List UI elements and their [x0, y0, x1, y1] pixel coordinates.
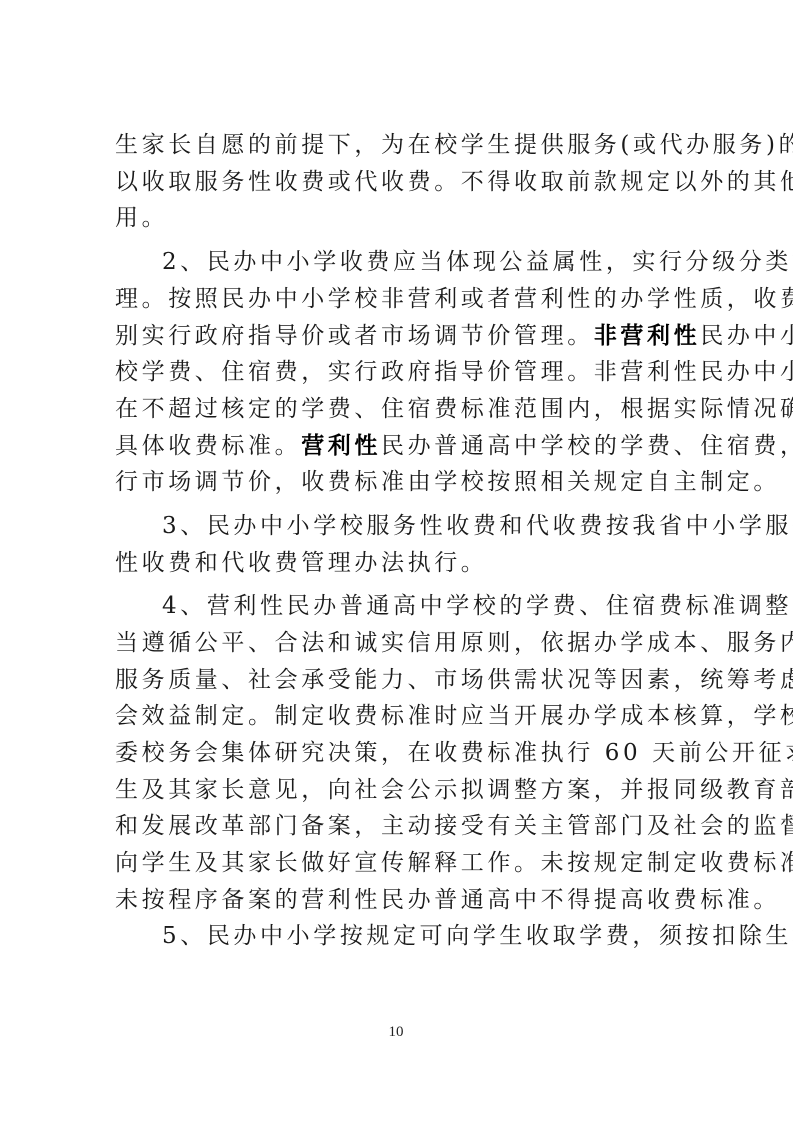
line-text: 别实行政府指导价或者市场调节价管理。 [115, 323, 594, 349]
line-text: 生家长自愿的前提下，为在校学生提供服务(或代办服务)的可 [115, 132, 793, 158]
text-line: 在不超过核定的学费、住宿费标准范围内，根据实际情况确定 [115, 394, 685, 424]
text-line: 向学生及其家长做好宣传解释工作。未按规定制定收费标准、 [115, 848, 685, 878]
line-text: 校学费、住宿费，实行政府指导价管理。非营利性民办中小学 [115, 359, 793, 385]
text-line: 具体收费标准。营利性民办普通高中学校的学费、住宿费，实 [115, 431, 685, 461]
paragraph-4-start: 4、营利性民办普通高中学校的学费、住宿费标准调整应 [162, 591, 732, 621]
text-line: 理。按照民办中小学校非营利或者营利性的办学性质，收费分 [115, 284, 685, 314]
line-text: 具体收费标准。 [115, 433, 301, 459]
line-text: 4、营利性民办普通高中学校的学费、住宿费标准调整应 [162, 593, 793, 619]
line-text: 2、民办中小学收费应当体现公益属性，实行分级分类管 [162, 249, 793, 275]
line-text: 3、民办中小学校服务性收费和代收费按我省中小学服务 [162, 513, 793, 539]
line-text: 会效益制定。制定收费标准时应当开展办学成本核算，学校党 [115, 703, 793, 729]
line-text: 和发展改革部门备案，主动接受有关主管部门及社会的监督， [115, 813, 793, 839]
text-line: 别实行政府指导价或者市场调节价管理。非营利性民办中小学 [115, 321, 685, 351]
paragraph-3-start: 3、民办中小学校服务性收费和代收费按我省中小学服务 [162, 511, 732, 541]
text-line: 用。 [115, 203, 685, 233]
line-text: 行市场调节价，收费标准由学校按照相关规定自主制定。 [115, 469, 780, 495]
line-text: 委校务会集体研究决策，在收费标准执行 60 天前公开征求学 [115, 740, 793, 766]
line-text: 未按程序备案的营利性民办普通高中不得提高收费标准。 [115, 887, 780, 913]
line-text: 当遵循公平、合法和诚实信用原则，依据办学成本、服务内容、 [115, 630, 793, 656]
document-page: 生家长自愿的前提下，为在校学生提供服务(或代办服务)的可 以收取服务性收费或代收… [0, 0, 793, 1122]
bold-term-forprofit: 营利性 [301, 433, 381, 459]
text-line: 校学费、住宿费，实行政府指导价管理。非营利性民办中小学 [115, 357, 685, 387]
bold-term-nonprofit: 非营利性 [594, 323, 700, 349]
line-text: 向学生及其家长做好宣传解释工作。未按规定制定收费标准、 [115, 850, 793, 876]
page-number: 10 [376, 1024, 416, 1041]
line-text: 以收取服务性收费或代收费。不得收取前款规定以外的其他费 [115, 169, 793, 195]
line-text: 民办中小学 [700, 323, 793, 349]
text-line: 委校务会集体研究决策，在收费标准执行 60 天前公开征求学 [115, 738, 685, 768]
text-line: 生及其家长意见，向社会公示拟调整方案，并报同级教育部门 [115, 775, 685, 805]
paragraph-5-start: 5、民办中小学按规定可向学生收取学费，须按扣除生均 [162, 921, 732, 951]
paragraph-2-start: 2、民办中小学收费应当体现公益属性，实行分级分类管 [162, 247, 732, 277]
text-line: 未按程序备案的营利性民办普通高中不得提高收费标准。 [115, 885, 685, 915]
line-text: 理。按照民办中小学校非营利或者营利性的办学性质，收费分 [115, 286, 793, 312]
line-text: 在不超过核定的学费、住宿费标准范围内，根据实际情况确定 [115, 396, 793, 422]
line-text: 性收费和代收费管理办法执行。 [115, 550, 487, 576]
text-line: 以收取服务性收费或代收费。不得收取前款规定以外的其他费 [115, 167, 685, 197]
text-line: 性收费和代收费管理办法执行。 [115, 548, 685, 578]
text-line: 会效益制定。制定收费标准时应当开展办学成本核算，学校党 [115, 701, 685, 731]
line-text: 用。 [115, 205, 168, 231]
text-line: 和发展改革部门备案，主动接受有关主管部门及社会的监督， [115, 811, 685, 841]
text-line: 生家长自愿的前提下，为在校学生提供服务(或代办服务)的可 [115, 130, 685, 160]
line-text: 生及其家长意见，向社会公示拟调整方案，并报同级教育部门 [115, 777, 793, 803]
text-line: 当遵循公平、合法和诚实信用原则，依据办学成本、服务内容、 [115, 628, 685, 658]
text-line: 服务质量、社会承受能力、市场供需状况等因素，统筹考虑社 [115, 665, 685, 695]
text-line: 行市场调节价，收费标准由学校按照相关规定自主制定。 [115, 467, 685, 497]
line-text: 服务质量、社会承受能力、市场供需状况等因素，统筹考虑社 [115, 667, 793, 693]
line-text: 民办普通高中学校的学费、住宿费，实 [381, 433, 793, 459]
line-text: 5、民办中小学按规定可向学生收取学费，须按扣除生均 [162, 923, 793, 949]
